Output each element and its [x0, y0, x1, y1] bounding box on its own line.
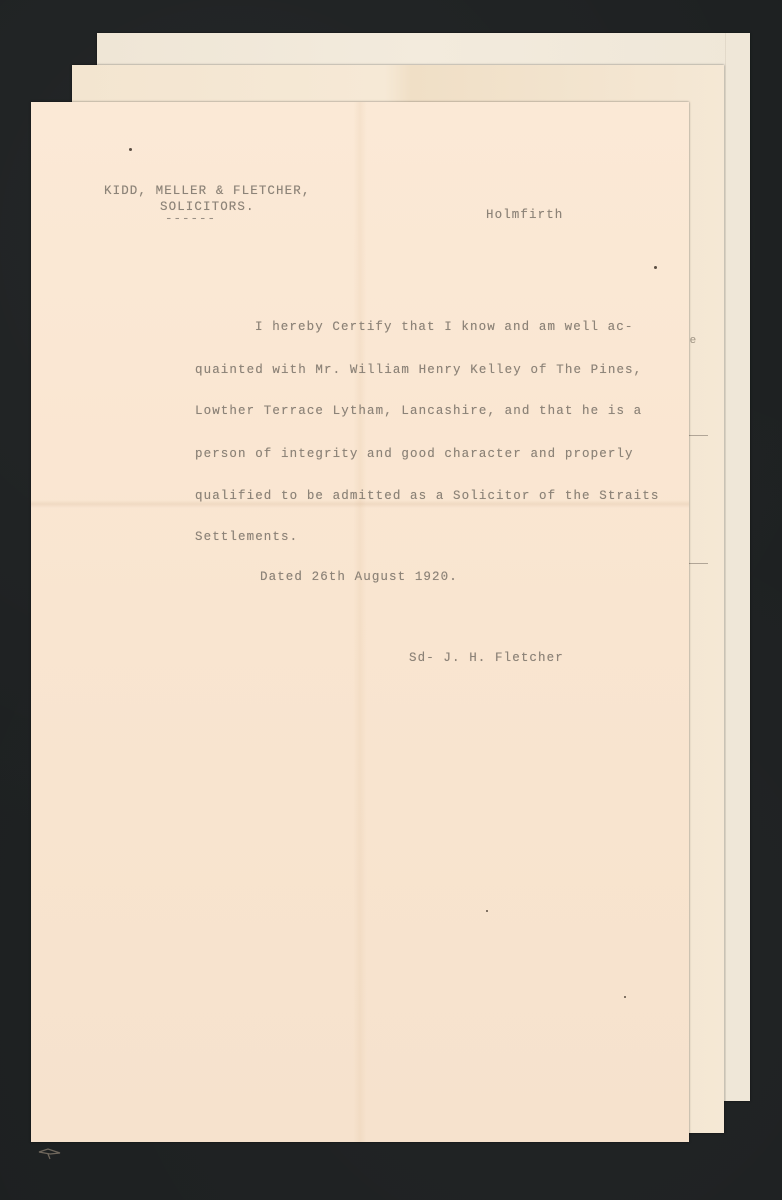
certificate-page: KIDD, MELLER & FLETCHER, SOLICITORS. ---… — [31, 102, 689, 1142]
pencil-mark-icon — [38, 1147, 64, 1161]
ink-speck — [486, 910, 488, 912]
body-line: person of integrity and good character a… — [195, 447, 634, 461]
letterhead-firm: KIDD, MELLER & FLETCHER, — [104, 184, 310, 198]
signature-line: Sd- J. H. Fletcher — [409, 651, 564, 665]
body-line: quainted with Mr. William Henry Kelley o… — [195, 363, 642, 377]
ink-speck — [654, 266, 657, 269]
place-of-issue: Holmfirth — [486, 208, 563, 222]
ink-speck — [129, 148, 132, 151]
letterhead-rule: ------ — [165, 212, 216, 226]
body-line: Settlements. — [195, 530, 298, 544]
date-line: Dated 26th August 1920. — [260, 570, 458, 584]
ink-speck — [624, 996, 626, 998]
body-line: qualified to be admitted as a Solicitor … — [195, 489, 659, 503]
peek-dash — [688, 563, 708, 564]
back-sheet-edge — [725, 33, 726, 1101]
peek-dash — [688, 435, 708, 436]
body-line: Lowther Terrace Lytham, Lancashire, and … — [195, 404, 642, 418]
body-line: I hereby Certify that I know and am well… — [255, 320, 633, 334]
